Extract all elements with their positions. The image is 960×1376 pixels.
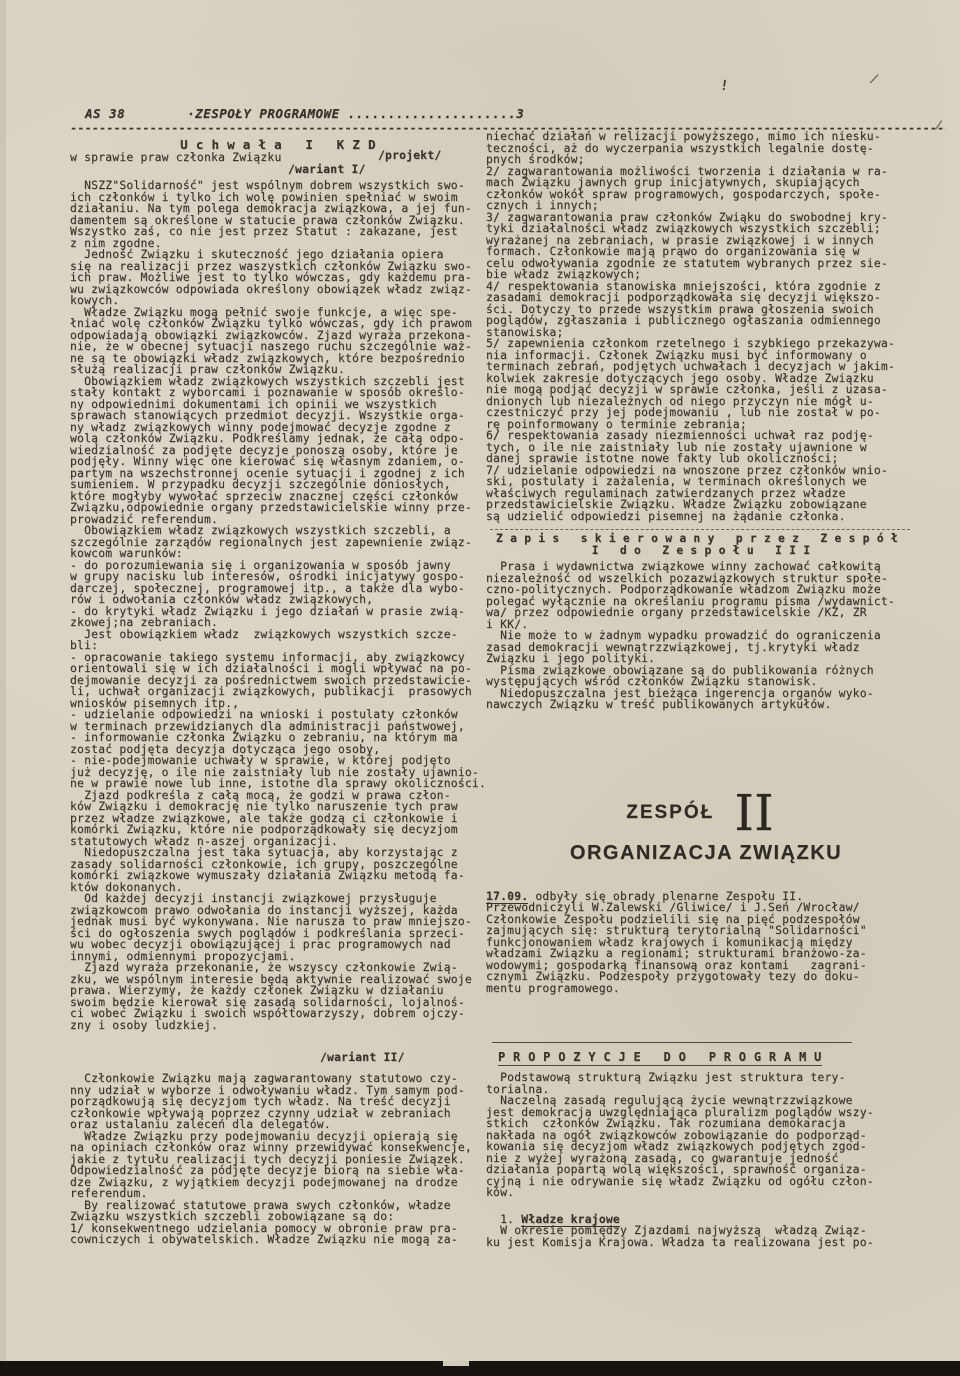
text-line: zasadami demokracji podporządkowała się … [486,292,938,304]
text-line: sumieniem. W przypadku decyzji szczególn… [70,479,486,491]
wariant-2-label: /wariant II/ [320,1052,486,1064]
text-line: - nie-podejmowanie uchwały w sprawie, w … [70,755,486,767]
text-line: Związku wszystkich szczebli zobowiązane … [70,1211,486,1223]
text-line: cznych i innych; [486,200,938,212]
text-line: terminach zebrań, podjętych uchwałach i … [486,361,938,373]
header-page-number: 3 [516,106,524,121]
text-line: wolą członków Związku. Podkreślamy jedna… [70,433,486,445]
text-line: komórki związkowe wymuszały działania Zw… [70,870,486,882]
text-line: zkowej;na zebraniach. [70,617,486,629]
text-line: wa/ przez odpowiednie organy przedstawic… [486,607,938,619]
text-line: ich praw. Możliwe jest to tylko wówczas,… [70,272,486,284]
scan-artifact: / [868,71,880,88]
text-line: podjęły. Winny więc one kierować się wła… [70,456,486,468]
text-line: działania popartą wolą większości, spraw… [486,1164,938,1176]
text-line: przedstawicielskie Związku. Władze Związ… [486,499,938,511]
text-line: zny i osoby ludzkiej. [70,1020,486,1032]
text-line: nie mogą podjąć decyzji w sprawie członk… [486,384,938,396]
text-line: działaniu. Na tym polega demokracja zwią… [70,203,486,215]
header-dot-leader: ..................... [348,106,517,121]
text-line: cznymi Związku. Podzespoły przygotowały … [486,971,938,983]
text-line: nawczych Związku w treść publikowanych a… [486,699,938,711]
text-line: danej sprawie istotne nowe fakty lub oko… [486,453,938,465]
text-line: 5/ zapewnienia członkom rzetelnego i szy… [486,338,938,350]
propozycje-body: Podstawową strukturą Związku jest strukt… [486,1072,938,1199]
wariant-2-body: Członkowie Związku mają zagwarantowany s… [70,1073,486,1246]
header-mark: · [187,106,195,121]
text-line: prawa. Wierzymy, że każdy członek Związk… [70,985,486,997]
zapis-heading-line2: I d o Z e s p o ł u I I I [486,545,916,557]
text-line: poglądów, zgłaszania i publicznego ogłas… [486,315,938,327]
text-line: Jest obowiązkiem władz związkowych wszys… [70,629,486,641]
wladze-krajowe-section: 1. Władze krajowe W okresie pomiędzy Zja… [486,1214,938,1249]
text-line: komórki Związku, które nie podporządkowa… [70,824,486,836]
text-line: Podstawową strukturą Związku jest strukt… [486,1072,938,1084]
text-line: kowania się decyzjom władz związkowych p… [486,1141,938,1153]
text-line: ku jest Komisja Krajowa. Władza ta reali… [486,1237,938,1249]
text-line: czno-politycznych. Podporządkowanie wład… [486,584,938,596]
text-line: ne w prawie nowe lub inne, istotne dla s… [70,778,486,790]
text-line: są udzielić odpowiedzi pisemnej na żądan… [486,511,938,523]
propozycje-heading-block: P R O P O Z Y C J E D O P R O G R A M U [492,1042,852,1066]
left-column: U c h w a ł a I K Z D w sprawie praw czł… [70,139,486,1246]
text-line: kowcom warunków: [70,548,486,560]
propozycje-heading: P R O P O Z Y C J E D O P R O G R A M U [498,1050,822,1066]
wladze-krajowe-body: W okresie pomiędzy Zjazdami najwyższą wł… [486,1225,938,1248]
text-line: - informowanie członka Związku o zebrani… [70,732,486,744]
text-line: pnych środków; [486,154,938,166]
text-line: na opiniach członków oraz winny przewidy… [70,1142,486,1154]
text-line: Zjazd wyraża przekonanie, że wszyscy czł… [70,962,486,974]
text-line: ków Związku i demokrację nie tylko narus… [70,801,486,813]
zapis-body: Prasa i wydawnictwa związkowe winny zach… [486,561,938,711]
text-line: Niedopuszczalna jest taka sytuacja, aby … [70,847,486,859]
text-line: nie, że w obecnej sytuacji naszego ruchu… [70,341,486,353]
page-header: AS 38·ZESPOŁY PROGRAMOWE ...............… [85,106,945,121]
document-page: { "header": { "issue": "AS 38", "mark": … [0,0,960,1376]
zespol-2-report: 17.09. odbyły się obrady plenarne Zespoł… [486,891,938,995]
text-line: stały kontakt z wyborcami i poznawanie w… [70,387,486,399]
text-line: - udzielanie odpowiedzi na wnioski i pos… [70,709,486,721]
text-line: ci wobec Związku i swoich współtowarzysz… [70,1008,486,1020]
text-line: sprawach stanowiących przedmiot decyzji.… [70,410,486,422]
text-line: Prasa i wydawnictwa związkowe winny zach… [486,561,938,573]
text-line: bie władz związkowych; [486,269,938,281]
text-line: w grupy nacisku lub interesów, ośrodki i… [70,571,486,583]
text-line: władzami Związku a regionami; strukturam… [486,948,938,960]
text-line: Członkowie Związku mają zagwarantowany s… [70,1073,486,1085]
bottom-scan-notch [443,1361,469,1366]
text-line: orientowali się w ich działalności i mog… [70,663,486,675]
text-line: Wszystko zaś, co nie jest przez Statut :… [70,226,486,238]
header-issue: AS 38 [85,106,125,121]
text-line: występujących wśród członków Związku sta… [486,676,938,688]
text-line: czestniczyć przy jej podejmowaniu , lub … [486,407,938,419]
text-line: 6/ respektowania zasady niezmienności uc… [486,430,938,442]
text-line: wu wobec decyzji obowiązującej i prac pr… [70,939,486,951]
text-line: formach. Członkowie mają prąwo do organi… [486,246,938,258]
zespol-2-heading: ZESPÓŁ II [474,787,926,839]
text-line: NSZZ"Solidarność" jest wspólnym dobrem w… [70,180,486,192]
text-line: referendum. [70,1188,486,1200]
text-line: rów i odwołania członków władz związkowy… [70,594,486,606]
text-line: Nie może to w żadnym wypadku prowadzić d… [486,630,938,642]
text-line: jednak musi być wykonywana. Nie narusza … [70,916,486,928]
scan-edge-left [0,0,6,1376]
text-line: tyki działalności władz związkowych wszy… [486,223,938,235]
report-body: Przewodniczyli W.Zalewski /Gliwice/ i J.… [486,902,938,994]
projekt-label: /projekt/ [378,150,441,162]
zapis-heading-line1: Z a p i s s k i e r o w a n y p r z e z … [496,533,938,545]
text-line: łniać wolę członków Związku tylko wówcza… [70,318,486,330]
zespol-2-title: ORGANIZACJA ZWIĄZKU [480,842,932,865]
text-line: Odpowiedzialność za pódjęte decyzje bior… [70,1165,486,1177]
bottom-scan-edge [0,1361,960,1376]
text-line: Związku,odpowiednie organy przedstawicie… [70,502,486,514]
text-line: kowych. [70,295,486,307]
text-line: cyjną i nie odrywanie się władz Związku … [486,1176,938,1188]
zapis-divider [490,529,910,530]
text-line: zajmujących się: strukturą terytorialną … [486,925,938,937]
zespol-label: ZESPÓŁ [626,802,714,824]
text-line: cowniczych i obywatelskich. Władze Związ… [70,1234,486,1246]
text-line: Jedność Związku i skuteczność jego dział… [70,249,486,261]
text-line: ków. [486,1187,938,1199]
text-line: porządkowują się decyzjom tych władz. Na… [70,1096,486,1108]
text-line: ski, postulaty i zażalenia, w terminach … [486,476,938,488]
text-line: bli: [70,640,486,652]
text-line: wu związkowców odpowiada określony obowi… [70,284,486,296]
text-line: Przewodniczyli W.Zalewski /Gliwice/ i J.… [486,902,938,914]
text-line: Obowiązkiem władz związkowych wszystkich… [70,525,486,537]
text-line: W okresie pomiędzy Zjazdami najwyższą wł… [486,1225,938,1237]
text-line: li, uchwał organizacji związkowych, publ… [70,686,486,698]
text-line: mach Związku jawnych grup inicjatywnych,… [486,177,938,189]
right-column: niechać działań w relizacji powyższego, … [486,131,938,1248]
zespol-numeral: II [734,787,774,839]
uchwala-subtitle-row: w sprawie praw członka Związku /projekt/ [70,152,486,164]
text-line: Naczelną zasadą regulującą życie wewnątr… [486,1095,938,1107]
right-continuation: niechać działań w relizacji powyższego, … [486,131,938,522]
text-line: niechać działań w relizacji powyższego, … [486,131,938,143]
uchwala-subject: w sprawie praw członka Związku [70,152,282,164]
text-line: oraz ustalaniu zaleceń dla delegatów. [70,1119,486,1131]
uchwala-body: NSZZ"Solidarność" jest wspólnym dobrem w… [70,180,486,1031]
text-line: mentu programowego. [486,983,938,995]
text-line: stkich członków Związku. Tak rozumiana d… [486,1118,938,1130]
text-line: Związku i jego polityki. [486,653,938,665]
text-line: Od każdej decyzji instancji związkowej p… [70,893,486,905]
scan-artifact: ! [719,77,730,94]
wariant-1-label: /wariant I/ [288,164,486,176]
text-line: służą realizacji praw członków Związku. [70,364,486,376]
header-title: ZESPOŁY PROGRAMOWE [195,106,339,121]
